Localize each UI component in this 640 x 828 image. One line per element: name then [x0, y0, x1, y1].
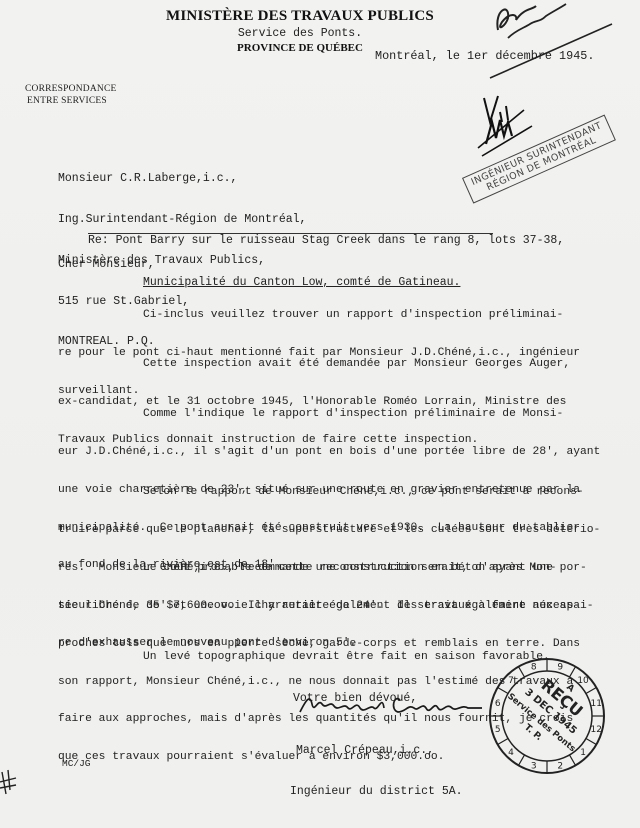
svg-text:10: 10 [577, 676, 589, 686]
handwritten-annotation-icon [480, 0, 640, 80]
paragraph-line: truire parce que le plancher, la superst… [58, 524, 600, 537]
paragraph-line: eur J.D.Chéné,i.c., il s'agit d'un pont … [58, 446, 600, 459]
svg-text:5: 5 [495, 725, 501, 735]
correspondence-line: CORRESPONDANCE [25, 83, 116, 95]
svg-text:7: 7 [508, 676, 514, 686]
address-line: Monsieur C.R.Laberge,i.c., [58, 172, 306, 186]
svg-text:6: 6 [495, 699, 501, 709]
paragraph-line: Un levé topographique devrait être fait … [58, 651, 550, 664]
paragraph-line: sieur Chéné, de $7,600.oo. Il y aurait é… [58, 600, 580, 613]
svg-text:3: 3 [531, 761, 537, 771]
svg-text:8: 8 [531, 663, 537, 673]
paragraph-line: Cette inspection avait été demandée par … [58, 358, 570, 371]
svg-text:1: 1 [580, 748, 586, 758]
received-date-stamp: 910111212345678 A REÇU 3 DEC 1945 Servic… [487, 656, 607, 776]
paragraph-line: Le coût probable de cette reconstruction… [58, 562, 580, 575]
signatory-title: Ingénieur du district 5A. [290, 785, 463, 799]
subject-underline [88, 233, 493, 234]
svg-text:2: 2 [557, 761, 563, 771]
paragraph-line: Comme l'indique le rapport d'inspection … [58, 408, 600, 421]
typist-initials: MC/JG [62, 757, 91, 770]
svg-text:11: 11 [591, 699, 602, 709]
subject-line-1: Re: Pont Barry sur le ruisseau Stag Cree… [88, 234, 564, 248]
svg-text:9: 9 [557, 663, 563, 673]
handwritten-signature-icon [296, 690, 486, 720]
correspondence-label: CORRESPONDANCE ENTRE SERVICES [25, 83, 116, 107]
margin-tally-mark-icon [0, 768, 20, 798]
salutation: Cher Monsieur, [58, 258, 155, 271]
paragraph-6: Un levé topographique devrait être fait … [58, 626, 550, 689]
signatory-block: Marcel Crépeau,i.c., Ingénieur du distri… [296, 717, 463, 825]
paragraph-line: Selon le rapport de Monsieur Chéné,i.c.,… [58, 486, 600, 499]
correspondence-line: ENTRE SERVICES [25, 95, 116, 107]
signatory-name: Marcel Crépeau,i.c., [296, 744, 463, 758]
document-page: MINISTÈRE DES TRAVAUX PUBLICS Service de… [0, 0, 640, 828]
svg-text:4: 4 [508, 748, 514, 758]
svg-text:12: 12 [591, 725, 602, 735]
paragraph-line: Ci-inclus veuillez trouver un rapport d'… [58, 309, 580, 322]
